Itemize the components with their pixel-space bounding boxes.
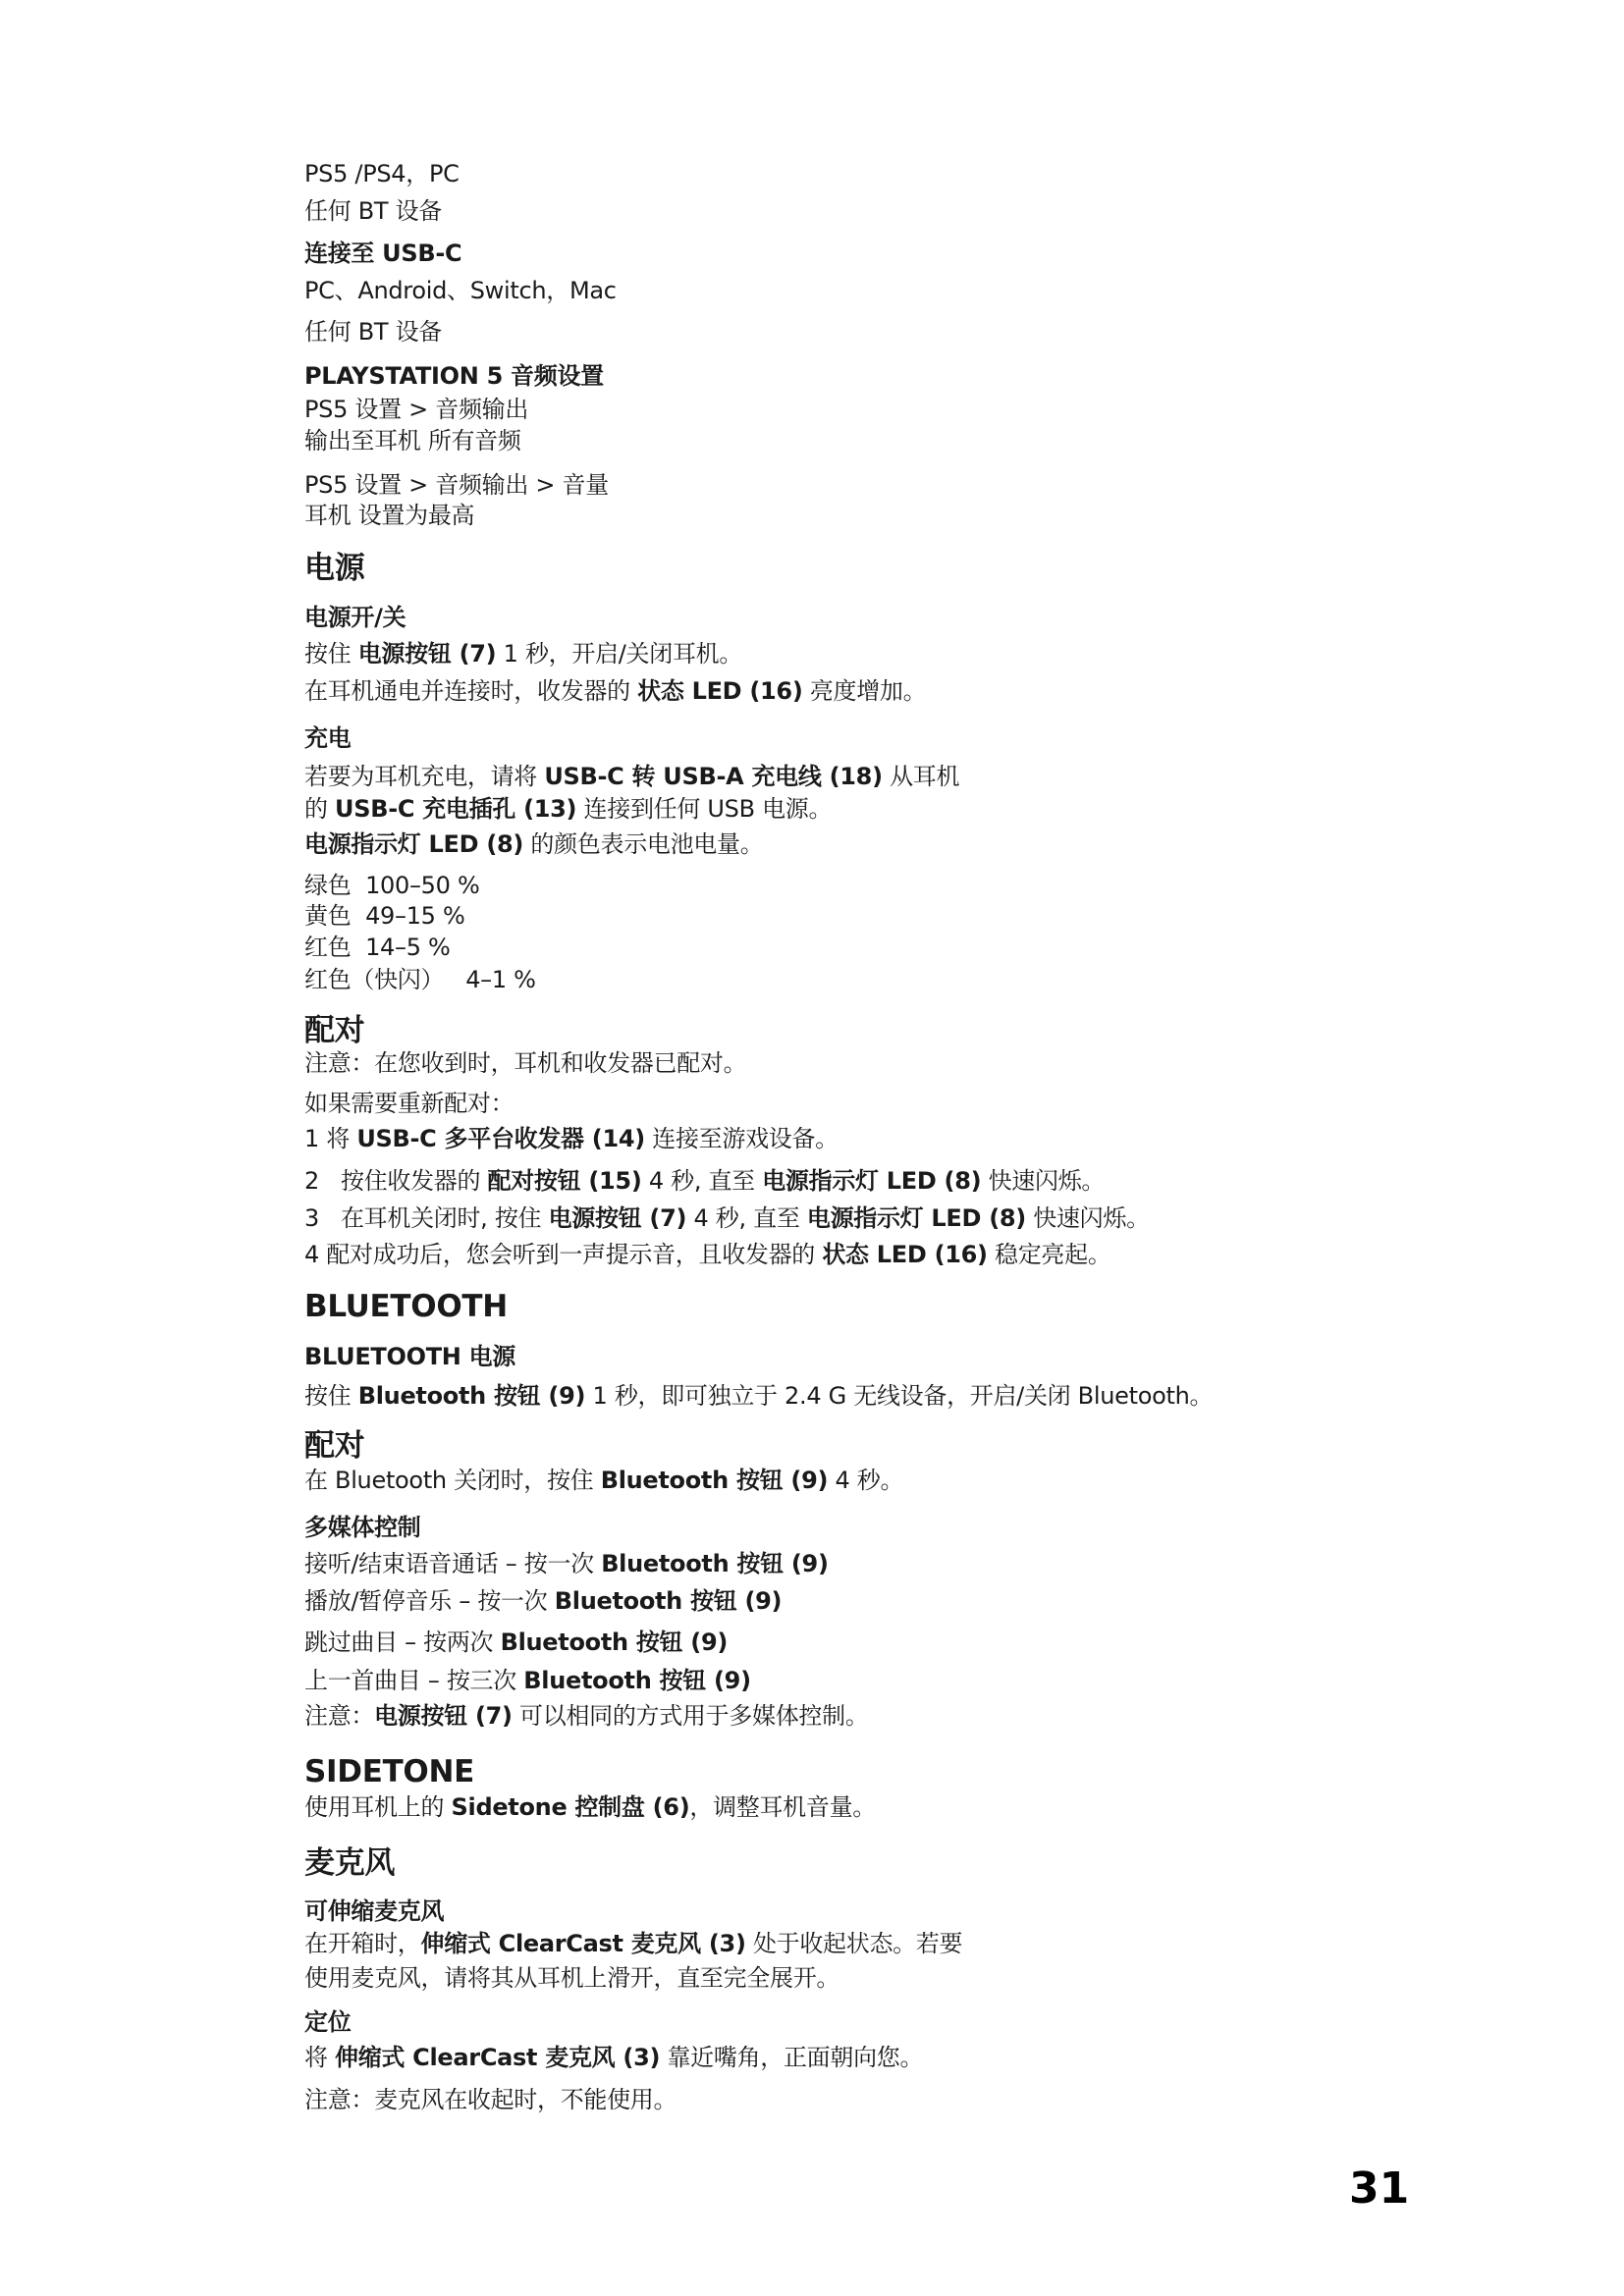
text: ，调整耳机音量。 bbox=[689, 1793, 876, 1821]
usbc-any-bt-line: 任何 BT 设备 bbox=[304, 320, 442, 344]
text: 靠近嘴角，正面朝向您。 bbox=[660, 2044, 923, 2071]
text: 使用耳机上的 bbox=[304, 1793, 452, 1821]
any-bt-device-line: 任何 BT 设备 bbox=[304, 199, 442, 223]
battery-level-row: 黄色 49–15 % bbox=[304, 904, 465, 928]
text: 4 秒, 直至 bbox=[686, 1204, 807, 1232]
emphasis: Bluetooth 按钮 (9) bbox=[358, 1382, 585, 1410]
emphasis: 配对按钮 (15) bbox=[488, 1167, 642, 1195]
section-title-power: 电源 bbox=[304, 554, 364, 584]
emphasis: 电源指示灯 LED (8) bbox=[807, 1204, 1026, 1232]
step-number: 4 bbox=[304, 1241, 319, 1268]
battery-color: 绿色 bbox=[304, 872, 351, 899]
media-control-heading: 多媒体控制 bbox=[304, 1516, 421, 1539]
text: 按住收发器的 bbox=[319, 1167, 488, 1195]
text: 若要为耳机充电，请将 bbox=[304, 763, 544, 790]
text: 亮度增加。 bbox=[803, 677, 927, 705]
section-title-sidetone: SIDETONE bbox=[304, 1757, 474, 1788]
emphasis: 电源指示灯 LED (8) bbox=[304, 830, 523, 858]
text: 快速闪烁。 bbox=[1026, 1204, 1150, 1232]
text: 播放/暂停音乐 – 按一次 bbox=[304, 1587, 555, 1615]
pairing-note: 注意：在您收到时，耳机和收发器已配对。 bbox=[304, 1051, 746, 1075]
battery-level-row: 绿色 100–50 % bbox=[304, 874, 479, 897]
section-title-pairing: 配对 bbox=[304, 1016, 364, 1046]
media-control-item: 跳过曲目 – 按两次 Bluetooth 按钮 (9) bbox=[304, 1630, 728, 1654]
positioning-note: 注意：麦克风在收起时，不能使用。 bbox=[304, 2088, 677, 2111]
emphasis: 状态 LED (16) bbox=[822, 1241, 987, 1268]
emphasis: 伸缩式 ClearCast 麦克风 (3) bbox=[335, 2044, 660, 2071]
retractable-mic-heading: 可伸缩麦克风 bbox=[304, 1899, 444, 1923]
bluetooth-power-heading: BLUETOOTH 电源 bbox=[304, 1345, 515, 1368]
ps5-audio-line: PS5 设置 > 音频输出 > 音量 bbox=[304, 473, 609, 497]
pairing-step: 2 按住收发器的 配对按钮 (15) 4 秒, 直至 电源指示灯 LED (8)… bbox=[304, 1169, 1105, 1193]
ps5-audio-line: PS5 设置 > 音频输出 bbox=[304, 398, 528, 421]
text: 在耳机关闭时, 按住 bbox=[319, 1204, 549, 1232]
bt-pairing-line: 在 Bluetooth 关闭时，按住 Bluetooth 按钮 (9) 4 秒。 bbox=[304, 1468, 903, 1492]
text: 从耳机 bbox=[883, 763, 959, 790]
text: 按住 bbox=[304, 640, 358, 667]
media-control-item: 上一首曲目 – 按三次 Bluetooth 按钮 (9) bbox=[304, 1669, 751, 1692]
text: 跳过曲目 – 按两次 bbox=[304, 1629, 501, 1656]
power-onoff-heading: 电源开/关 bbox=[304, 606, 406, 629]
ps5-audio-heading: PLAYSTATION 5 音频设置 bbox=[304, 364, 604, 388]
ps5-audio-line: 输出至耳机 所有音频 bbox=[304, 429, 521, 453]
emphasis: Bluetooth 按钮 (9) bbox=[523, 1667, 750, 1694]
sidetone-line: 使用耳机上的 Sidetone 控制盘 (6)，调整耳机音量。 bbox=[304, 1795, 876, 1819]
retractable-mic-line: 使用麦克风，请将其从耳机上滑开，直至完全展开。 bbox=[304, 1966, 839, 1990]
text: 在 Bluetooth 关闭时，按住 bbox=[304, 1467, 601, 1494]
text: 连接至游戏设备。 bbox=[645, 1125, 839, 1152]
text: 连接到任何 USB 电源。 bbox=[576, 795, 832, 823]
emphasis: Bluetooth 按钮 (9) bbox=[601, 1550, 828, 1577]
step-number: 1 bbox=[304, 1125, 319, 1152]
battery-range: 100–50 % bbox=[365, 872, 479, 899]
text: 在耳机通电并连接时，收发器的 bbox=[304, 677, 637, 705]
battery-level-row: 红色（快闪） 4–1 % bbox=[304, 968, 536, 991]
emphasis: 电源按钮 (7) bbox=[549, 1204, 687, 1232]
positioning-heading: 定位 bbox=[304, 2010, 351, 2034]
section-title-bt-pairing: 配对 bbox=[304, 1431, 364, 1462]
text: 配对成功后，您会听到一声提示音，且收发器的 bbox=[319, 1241, 822, 1268]
text: 可以相同的方式用于多媒体控制。 bbox=[513, 1702, 869, 1730]
emphasis: 伸缩式 ClearCast 麦克风 (3) bbox=[421, 1930, 746, 1957]
battery-color: 红色（快闪） bbox=[304, 966, 444, 993]
text: 1 秒，开启/关闭耳机。 bbox=[496, 640, 742, 667]
charging-line: 若要为耳机充电，请将 USB-C 转 USB-A 充电线 (18) 从耳机 bbox=[304, 765, 959, 788]
emphasis: 电源指示灯 LED (8) bbox=[762, 1167, 981, 1195]
step-number: 2 bbox=[304, 1167, 319, 1195]
page-number: 31 bbox=[1349, 2167, 1409, 2211]
text: 处于收起状态。若要 bbox=[746, 1930, 963, 1957]
text: 将 bbox=[304, 2044, 335, 2071]
power-onoff-line: 在耳机通电并连接时，收发器的 状态 LED (16) 亮度增加。 bbox=[304, 679, 926, 703]
text: 稳定亮起。 bbox=[988, 1241, 1111, 1268]
battery-range: 14–5 % bbox=[365, 934, 450, 961]
charging-heading: 充电 bbox=[304, 726, 351, 750]
media-control-item: 播放/暂停音乐 – 按一次 Bluetooth 按钮 (9) bbox=[304, 1589, 782, 1613]
section-title-bluetooth: BLUETOOTH bbox=[304, 1292, 508, 1322]
step-number: 3 bbox=[304, 1204, 319, 1232]
emphasis: Sidetone 控制盘 (6) bbox=[452, 1793, 690, 1821]
text: 接听/结束语音通话 – 按一次 bbox=[304, 1550, 601, 1577]
media-control-note: 注意：电源按钮 (7) 可以相同的方式用于多媒体控制。 bbox=[304, 1704, 869, 1728]
emphasis: 电源按钮 (7) bbox=[374, 1702, 513, 1730]
text: 1 秒，即可独立于 2.4 G 无线设备，开启/关闭 Bluetooth。 bbox=[585, 1382, 1213, 1410]
text: 将 bbox=[319, 1125, 356, 1152]
battery-range: 49–15 % bbox=[365, 902, 464, 930]
text: 快速闪烁。 bbox=[981, 1167, 1105, 1195]
text: 4 秒, 直至 bbox=[642, 1167, 763, 1195]
emphasis: USB-C 转 USB-A 充电线 (18) bbox=[544, 763, 882, 790]
battery-color: 红色 bbox=[304, 934, 351, 961]
emphasis: Bluetooth 按钮 (9) bbox=[555, 1587, 782, 1615]
ps5-audio-line: 耳机 设置为最高 bbox=[304, 504, 474, 527]
text: 上一首曲目 – 按三次 bbox=[304, 1667, 523, 1694]
text: 4 秒。 bbox=[828, 1467, 903, 1494]
battery-range: 4–1 % bbox=[465, 966, 535, 993]
platform-line: PS5 /PS4，PC bbox=[304, 162, 460, 186]
emphasis: Bluetooth 按钮 (9) bbox=[601, 1467, 828, 1494]
emphasis: USB-C 充电插孔 (13) bbox=[335, 795, 576, 823]
positioning-line: 将 伸缩式 ClearCast 麦克风 (3) 靠近嘴角，正面朝向您。 bbox=[304, 2046, 923, 2069]
bluetooth-power-line: 按住 Bluetooth 按钮 (9) 1 秒，即可独立于 2.4 G 无线设备… bbox=[304, 1384, 1213, 1408]
pairing-step: 1 将 USB-C 多平台收发器 (14) 连接至游戏设备。 bbox=[304, 1127, 839, 1150]
retractable-mic-line: 在开箱时，伸缩式 ClearCast 麦克风 (3) 处于收起状态。若要 bbox=[304, 1932, 962, 1955]
connect-usbc-heading: 连接至 USB-C bbox=[304, 241, 461, 265]
text: 按住 bbox=[304, 1382, 358, 1410]
emphasis: 状态 LED (16) bbox=[637, 677, 802, 705]
battery-level-row: 红色 14–5 % bbox=[304, 935, 451, 959]
battery-color: 黄色 bbox=[304, 902, 351, 930]
section-title-microphone: 麦克风 bbox=[304, 1848, 395, 1879]
text: 在开箱时， bbox=[304, 1930, 421, 1957]
pairing-step: 3 在耳机关闭时, 按住 电源按钮 (7) 4 秒, 直至 电源指示灯 LED … bbox=[304, 1206, 1150, 1230]
power-onoff-line: 按住 电源按钮 (7) 1 秒，开启/关闭耳机。 bbox=[304, 642, 742, 666]
pairing-intro: 如果需要重新配对： bbox=[304, 1092, 514, 1115]
text: 的颜色表示电池电量。 bbox=[523, 830, 763, 858]
charging-line: 电源指示灯 LED (8) 的颜色表示电池电量。 bbox=[304, 832, 763, 856]
text: 注意： bbox=[304, 1702, 374, 1730]
usbc-platforms-line: PC、Android、Switch，Mac bbox=[304, 279, 617, 302]
emphasis: 电源按钮 (7) bbox=[358, 640, 497, 667]
emphasis: Bluetooth 按钮 (9) bbox=[501, 1629, 728, 1656]
emphasis: USB-C 多平台收发器 (14) bbox=[356, 1125, 645, 1152]
media-control-item: 接听/结束语音通话 – 按一次 Bluetooth 按钮 (9) bbox=[304, 1552, 829, 1575]
text: 的 bbox=[304, 795, 335, 823]
pairing-step: 4 配对成功后，您会听到一声提示音，且收发器的 状态 LED (16) 稳定亮起… bbox=[304, 1243, 1111, 1266]
charging-line: 的 USB-C 充电插孔 (13) 连接到任何 USB 电源。 bbox=[304, 797, 832, 821]
